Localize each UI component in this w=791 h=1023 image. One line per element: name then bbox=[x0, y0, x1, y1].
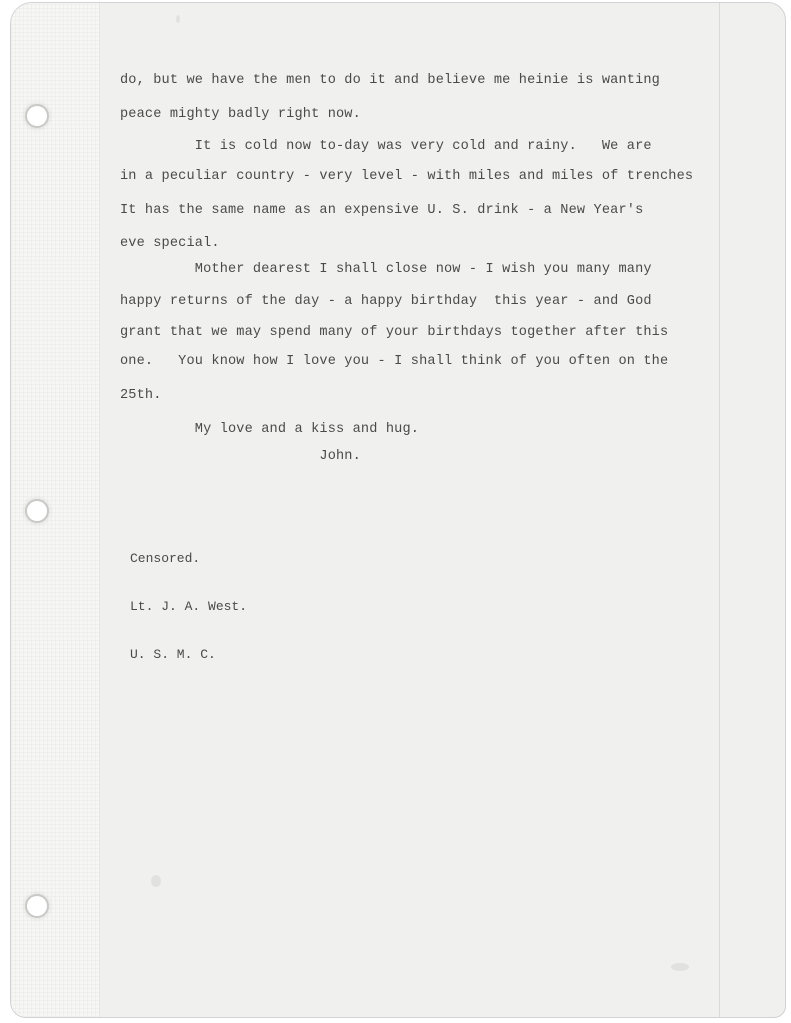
binding-strip bbox=[11, 3, 100, 1017]
censor-unit: U. S. M. C. bbox=[130, 647, 247, 663]
punch-hole-middle bbox=[27, 501, 47, 521]
body-line: It is cold now to-day was very cold and … bbox=[120, 139, 652, 154]
body-line: Mother dearest I shall close now - I wis… bbox=[120, 262, 652, 277]
body-line: It has the same name as an expensive U. … bbox=[120, 203, 643, 218]
ink-speck bbox=[151, 875, 161, 887]
signature: John. bbox=[120, 449, 361, 464]
body-line: 25th. bbox=[120, 388, 162, 403]
body-line: eve special. bbox=[120, 236, 220, 251]
censor-label: Censored. bbox=[130, 551, 247, 567]
body-line: happy returns of the day - a happy birth… bbox=[120, 294, 652, 309]
letter-body: do, but we have the men to do it and bel… bbox=[120, 3, 153, 228]
body-line: one. You know how I love you - I shall t… bbox=[120, 354, 668, 369]
censor-block: Censored. Lt. J. A. West. U. S. M. C. bbox=[130, 519, 247, 695]
body-line: peace mighty badly right now. bbox=[120, 107, 361, 122]
smudge-mark bbox=[671, 963, 689, 971]
censor-officer: Lt. J. A. West. bbox=[130, 599, 247, 615]
body-line: grant that we may spend many of your bir… bbox=[120, 325, 668, 340]
ink-speck bbox=[176, 15, 180, 23]
closing-line: My love and a kiss and hug. bbox=[120, 422, 419, 437]
body-line: do, but we have the men to do it and bel… bbox=[120, 73, 660, 88]
punch-hole-top bbox=[27, 106, 47, 126]
margin-rule bbox=[719, 3, 720, 1017]
punch-hole-bottom bbox=[27, 896, 47, 916]
body-line: in a peculiar country - very level - wit… bbox=[120, 169, 693, 184]
letter-page: do, but we have the men to do it and bel… bbox=[10, 2, 786, 1018]
